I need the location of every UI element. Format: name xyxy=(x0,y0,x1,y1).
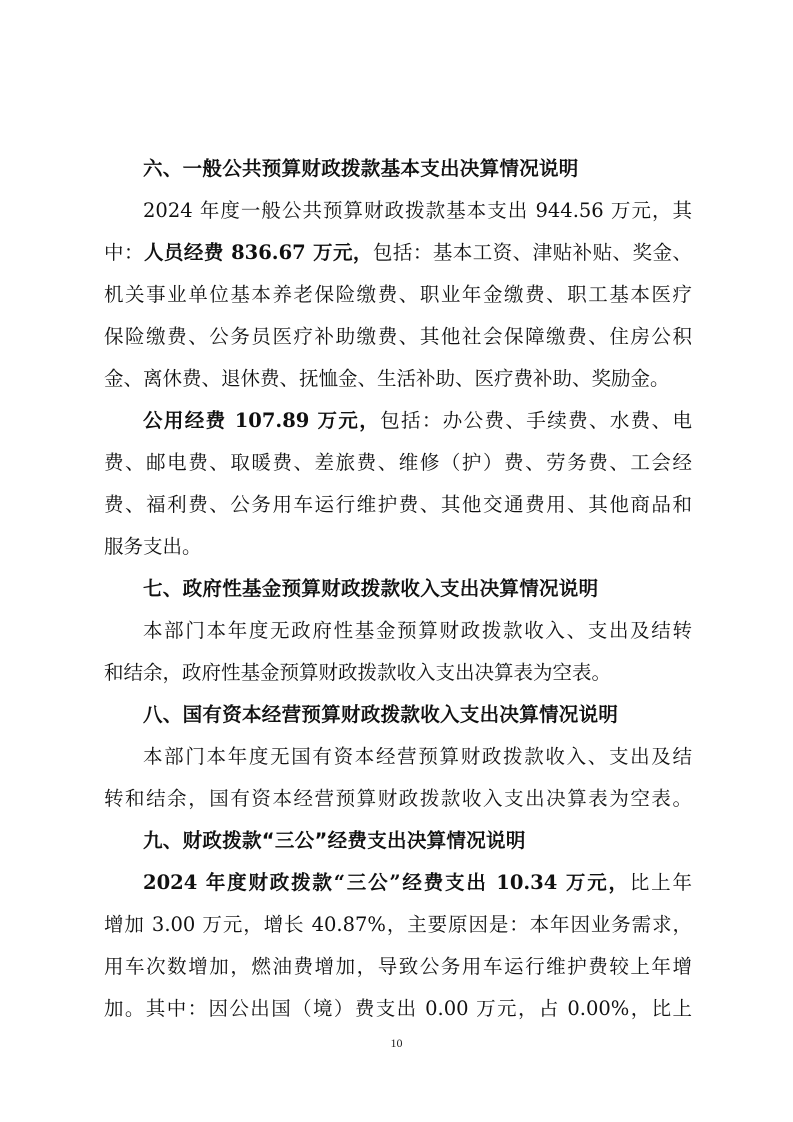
paragraph-line: 中：人员经费 836.67 万元，包括：基本工资、津贴补贴、奖金、 xyxy=(104,232,692,274)
paragraph-line: 增加 3.00 万元，增长 40.87%，主要原因是：本年因业务需求， xyxy=(104,904,692,946)
paragraph-line: 费、福利费、公务用车运行维护费、其他交通费用、其他商品和 xyxy=(104,484,692,526)
paragraph-line: 和结余，政府性基金预算财政拨款收入支出决算表为空表。 xyxy=(104,652,692,694)
paragraph-line: 2024 年度财政拨款“三公”经费支出 10.34 万元，比上年 xyxy=(104,862,692,904)
line-prefix: 中： xyxy=(104,241,144,264)
three-public-expense-amount: 2024 年度财政拨款“三公”经费支出 10.34 万元， xyxy=(143,871,630,894)
line-text: 包括：办公费、手续费、水费、电 xyxy=(380,409,692,432)
line-text: 比上年 xyxy=(630,871,692,894)
paragraph-line: 金、离休费、退休费、抚恤金、生活补助、医疗费补助、奖励金。 xyxy=(104,358,692,400)
paragraph-line: 保险缴费、公务员医疗补助缴费、其他社会保障缴费、住房公积 xyxy=(104,316,692,358)
section-heading-six: 六、一般公共预算财政拨款基本支出决算情况说明 xyxy=(104,148,692,190)
public-expense-amount: 公用经费 107.89 万元， xyxy=(143,409,380,432)
section-heading-eight: 八、国有资本经营预算财政拨款收入支出决算情况说明 xyxy=(104,694,692,736)
paragraph-line: 本部门本年度无政府性基金预算财政拨款收入、支出及结转 xyxy=(104,610,692,652)
paragraph-line: 服务支出。 xyxy=(104,526,692,568)
document-body: 六、一般公共预算财政拨款基本支出决算情况说明 2024 年度一般公共预算财政拨款… xyxy=(104,148,692,1030)
paragraph-line: 本部门本年度无国有资本经营预算财政拨款收入、支出及结 xyxy=(104,736,692,778)
paragraph-line: 费、邮电费、取暖费、差旅费、维修（护）费、劳务费、工会经 xyxy=(104,442,692,484)
line-text: 包括：基本工资、津贴补贴、奖金、 xyxy=(373,241,692,264)
paragraph-line: 加。其中：因公出国（境）费支出 0.00 万元，占 0.00%，比上 xyxy=(104,988,692,1030)
page-number: 10 xyxy=(0,1036,793,1051)
paragraph-line: 2024 年度一般公共预算财政拨款基本支出 944.56 万元，其 xyxy=(104,190,692,232)
paragraph-line: 公用经费 107.89 万元，包括：办公费、手续费、水费、电 xyxy=(104,400,692,442)
personnel-expense-amount: 人员经费 836.67 万元， xyxy=(144,241,373,264)
paragraph-line: 机关事业单位基本养老保险缴费、职业年金缴费、职工基本医疗 xyxy=(104,274,692,316)
paragraph-line: 转和结余，国有资本经营预算财政拨款收入支出决算表为空表。 xyxy=(104,778,692,820)
section-heading-seven: 七、政府性基金预算财政拨款收入支出决算情况说明 xyxy=(104,568,692,610)
section-heading-nine: 九、财政拨款“三公”经费支出决算情况说明 xyxy=(104,820,692,862)
paragraph-line: 用车次数增加，燃油费增加，导致公务用车运行维护费较上年增 xyxy=(104,946,692,988)
